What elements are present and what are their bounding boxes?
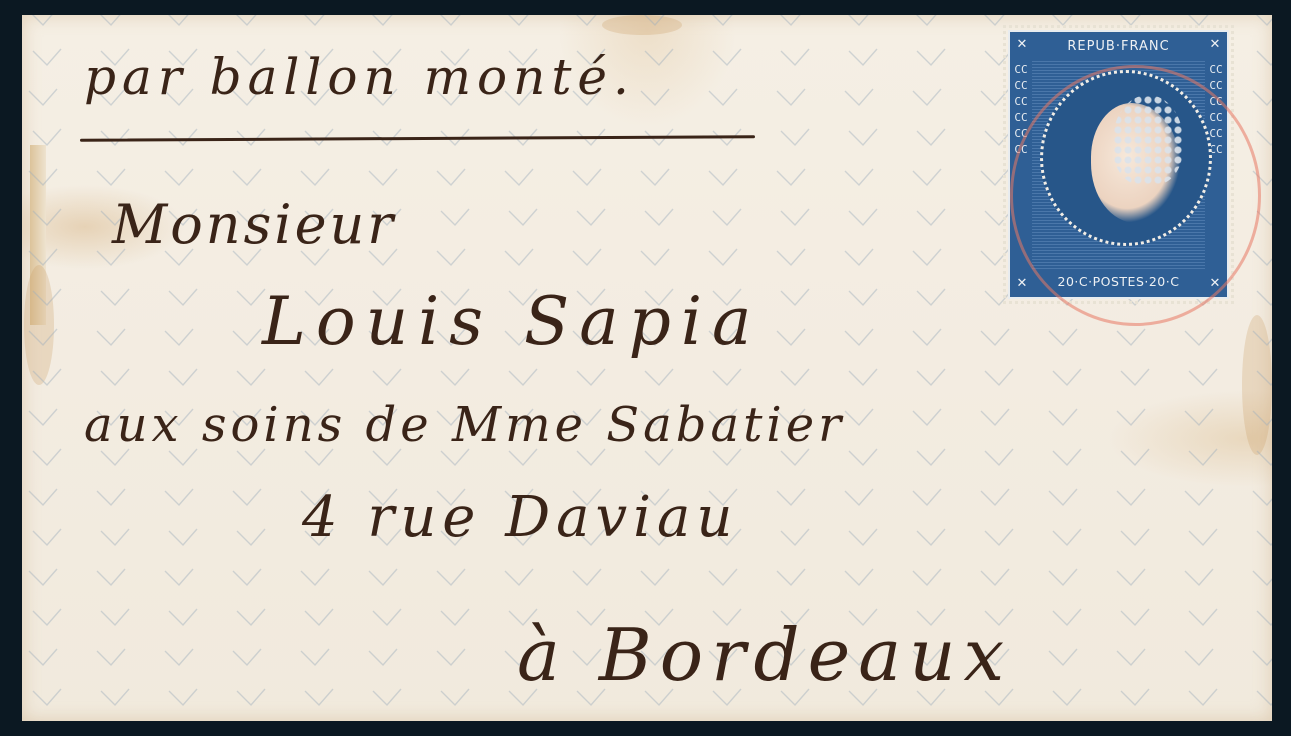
stamp-medallion xyxy=(1040,70,1212,246)
street-line: 4 rue Daviau xyxy=(302,485,739,550)
stamp-field xyxy=(1032,60,1205,269)
stamp-corner-cross-icon: ✕ xyxy=(1013,36,1031,54)
stamp-top-inscription: REPUB·FRANC xyxy=(1032,37,1205,57)
route-note: par ballon monté. xyxy=(84,48,635,106)
stamp-corner-cross-icon: ✕ xyxy=(1013,275,1031,293)
stamp-bottom-inscription: 20·C·POSTES·20·C xyxy=(1032,272,1205,292)
stamp-side-ornament: CCCCCCCCCCCC xyxy=(1014,62,1028,267)
postage-stamp: ✕ ✕ ✕ ✕ REPUB·FRANC CCCCCCCCCCCC CCCCCCC… xyxy=(1008,30,1229,299)
ceres-grape-wreath xyxy=(1113,95,1183,185)
addressee-name: Louis Sapia xyxy=(262,283,761,360)
stamp-corner-cross-icon: ✕ xyxy=(1206,36,1224,54)
care-of-line: aux soins de Mme Sabatier xyxy=(84,397,845,453)
salutation: Monsieur xyxy=(112,193,396,256)
stamp-corner-cross-icon: ✕ xyxy=(1206,275,1224,293)
city-line: à Bordeaux xyxy=(517,613,1012,697)
